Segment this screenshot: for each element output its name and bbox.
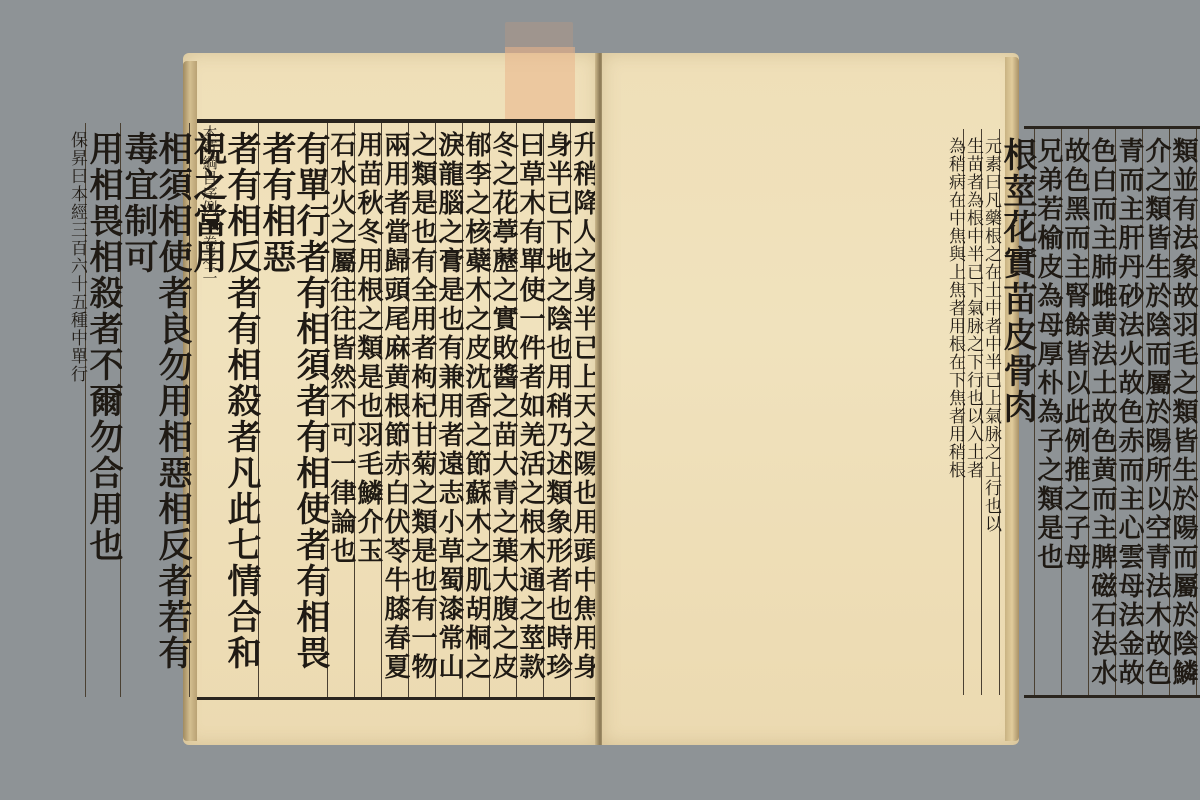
column-text: 石水火之屬往往皆然不可一律論也 xyxy=(328,131,354,697)
column-text: 曰草木有單使一件者如羌活之根木通之莖款 xyxy=(517,131,543,697)
text-column: 淚龍腦之膏是也有兼用者遠志小草蜀漆常山 xyxy=(435,123,462,697)
left-text-frame: 升稍降人之身半已上天之陽也用頭中焦用身身半已下地之陰也用稍乃述類象形者也時珍曰草… xyxy=(197,119,597,700)
text-column: 用相畏相殺者不爾勿合用也 xyxy=(85,123,120,697)
column-text: 冬之花葶藶之實敗醬之苗大青之葉大腹之皮 xyxy=(490,131,516,697)
text-column: 生苗者為根中半已下氣脉之下行也以入土者 xyxy=(963,129,981,695)
text-column: 保昇曰本經三百六十五種中單行 xyxy=(68,123,85,697)
column-text: 元素曰凡藥根之在土中者中半已上氣脉之上行也以 xyxy=(982,137,999,695)
column-text: 用相畏相殺者不爾勿合用也 xyxy=(86,131,120,697)
column-text: 之類是也有全用者枸杞甘菊之類是也有一物 xyxy=(409,131,435,697)
text-column: 青而主肝丹砂法火故色赤而主心雲母法金故 xyxy=(1115,129,1142,695)
column-text: 保昇曰本經三百六十五種中單行 xyxy=(68,131,85,697)
text-column: 根莖花實苗皮骨肉 xyxy=(999,129,1034,695)
text-column: 曰草木有單使一件者如羌活之根木通之莖款 xyxy=(516,123,543,697)
text-column: 者有相反者有相殺者凡此七情合和視之當用 xyxy=(189,123,258,697)
text-column: 用苗秋冬用根之類是也羽毛鱗介玉 xyxy=(354,123,381,697)
text-column: 為稍病在中焦與上焦者用根在下焦者用稍根 xyxy=(946,129,963,695)
column-text: 青而主肝丹砂法火故色赤而主心雲母法金故 xyxy=(1116,137,1142,695)
column-text: 故色黑而主腎餘皆以此例推之子母 xyxy=(1062,137,1088,695)
column-text: 郁李之核蘗木之皮沈香之節蘇木之肌胡桐之 xyxy=(463,131,489,697)
right-text-frame: 為主補瀉在味隨時換氣主病為君假令治風防風為君治寒附子為君治濕防己為君治上焦熱黄芩… xyxy=(1024,126,1200,698)
column-text: 介之類皆生於陰而屬於陽所以空青法木故色 xyxy=(1143,137,1169,695)
text-column: 色白而主肺雌黄法土故色黄而主脾磁石法水 xyxy=(1088,129,1115,695)
text-column: 兩用者當歸頭尾麻黄根節赤白伏苓牛膝春夏 xyxy=(381,123,408,697)
text-column: 元素曰凡藥根之在土中者中半已上氣脉之上行也以 xyxy=(981,129,999,695)
column-text: 根莖花實苗皮骨肉 xyxy=(1000,137,1034,695)
column-text: 相須相使者良勿用相惡相反者若有毒宜制可 xyxy=(121,131,189,697)
column-text: 生苗者為根中半已下氣脉之下行也以入土者 xyxy=(964,137,981,695)
text-column: 石水火之屬往往皆然不可一律論也 xyxy=(327,123,354,697)
column-text: 升稍降人之身半已上天之陽也用頭中焦用身 xyxy=(571,131,597,697)
column-text: 有單行者有相須者有相使者有相畏者有相惡 xyxy=(259,131,327,697)
column-text: 類並有法象故羽毛之類皆生於陽而屬於陰鱗 xyxy=(1170,137,1196,695)
right-page: 為主補瀉在味隨時換氣主病為君假令治風防風為君治寒附子為君治濕防己為君治上焦熱黄芩… xyxy=(602,53,1019,745)
text-column: 相須相使者良勿用相惡相反者若有毒宜制可 xyxy=(120,123,189,697)
text-column: 冬之花葶藶之實敗醬之苗大青之葉大腹之皮 xyxy=(489,123,516,697)
text-column: 身半已下地之陰也用稍乃述類象形者也時珍 xyxy=(543,123,570,697)
left-page: 本草綱目序例 巻之二 升稍降人之身半已上天之陽也用頭中焦用身身半已下地之陰也用稍… xyxy=(183,53,598,745)
column-text: 兄弟若榆皮為母厚朴為子之類是也 xyxy=(1035,137,1061,695)
text-column: 郁李之核蘗木之皮沈香之節蘇木之肌胡桐之 xyxy=(462,123,489,697)
column-text: 身半已下地之陰也用稍乃述類象形者也時珍 xyxy=(544,131,570,697)
open-book: 本草綱目序例 巻之二 升稍降人之身半已上天之陽也用頭中焦用身身半已下地之陰也用稍… xyxy=(183,53,1019,749)
column-text: 為稍病在中焦與上焦者用根在下焦者用稍根 xyxy=(946,137,963,695)
text-column: 兄弟若榆皮為母厚朴為子之類是也 xyxy=(1034,129,1061,695)
column-text: 者有相反者有相殺者凡此七情合和視之當用 xyxy=(190,131,258,697)
text-column: 有單行者有相須者有相使者有相畏者有相惡 xyxy=(258,123,327,697)
column-text: 色白而主肺雌黄法土故色黄而主脾磁石法水 xyxy=(1089,137,1115,695)
text-column: 類並有法象故羽毛之類皆生於陽而屬於陰鱗 xyxy=(1169,129,1196,695)
text-column: 故色黑而主腎餘皆以此例推之子母 xyxy=(1061,129,1088,695)
text-column: 升稍降人之身半已上天之陽也用頭中焦用身 xyxy=(570,123,597,697)
text-column: 之類是也有全用者枸杞甘菊之類是也有一物 xyxy=(408,123,435,697)
collector-seal xyxy=(505,47,575,119)
column-text: 淚龍腦之膏是也有兼用者遠志小草蜀漆常山 xyxy=(436,131,462,697)
column-text: 兩用者當歸頭尾麻黄根節赤白伏苓牛膝春夏 xyxy=(382,131,408,697)
column-text: 用苗秋冬用根之類是也羽毛鱗介玉 xyxy=(355,131,381,697)
text-column: 介之類皆生於陰而屬於陽所以空青法木故色 xyxy=(1142,129,1169,695)
